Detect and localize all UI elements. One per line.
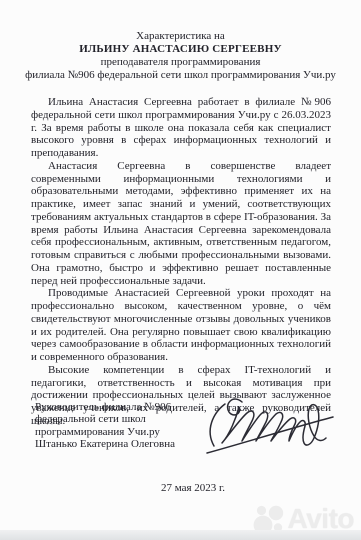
handwritten-signature — [194, 391, 338, 461]
doc-title-line-1: Характеристика на — [14, 30, 347, 43]
paragraph-1: Ильина Анастасия Сергеевна работает в фи… — [31, 96, 331, 160]
doc-title-name: ИЛЬИНУ АНАСТАСИЮ СЕРГЕЕВНУ — [14, 43, 347, 56]
signatory-line-2: федеральной сети школ — [35, 413, 175, 425]
signatory-block: Руководитель филиала №906 федеральной се… — [35, 401, 175, 451]
signatory-line-3: программирования Учи.ру — [35, 426, 175, 438]
signatory-line-1: Руководитель филиала №906 — [35, 401, 175, 413]
doc-title-block: Характеристика на ИЛЬИНУ АНАСТАСИЮ СЕРГЕ… — [14, 30, 347, 82]
signatory-name: Штанько Екатерина Олеговна — [35, 438, 175, 450]
paragraph-3: Проводимые Анастасией Сергеевной уроки п… — [31, 287, 331, 364]
paragraph-2: Анастасия Сергеевна в совершенстве владе… — [31, 160, 331, 288]
photo-edge-strip — [0, 530, 361, 540]
doc-date: 27 мая 2023 г. — [25, 482, 361, 494]
doc-title-position: преподавателя программирования — [14, 56, 347, 69]
doc-body: Ильина Анастасия Сергеевна работает в фи… — [31, 96, 331, 428]
doc-title-branch: филиала №906 федеральной сети школ прогр… — [14, 69, 347, 82]
watermark-brand-text: Avito — [288, 505, 354, 533]
document-photo: Характеристика на ИЛЬИНУ АНАСТАСИЮ СЕРГЕ… — [0, 0, 361, 540]
